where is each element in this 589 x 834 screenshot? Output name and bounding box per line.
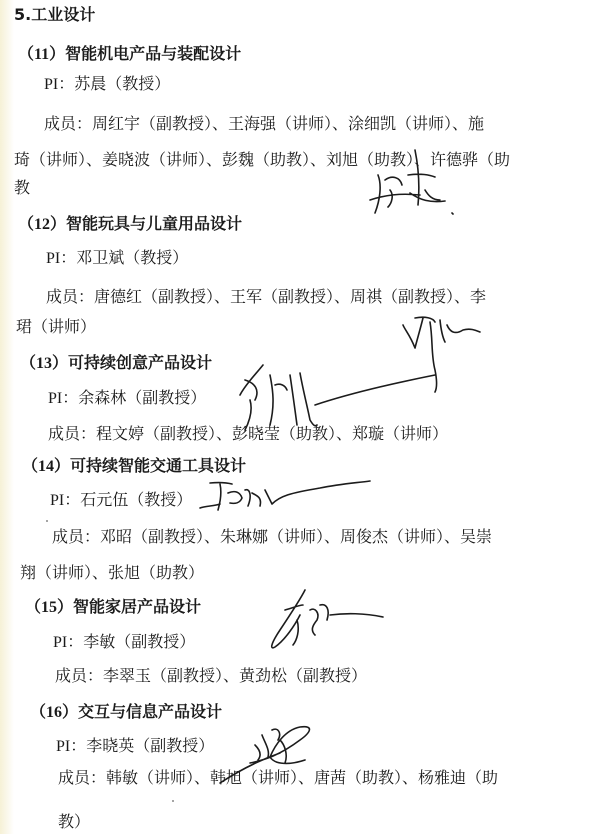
pi-name: 李晓英（副教授）: [86, 736, 214, 755]
members-label: 成员：: [48, 424, 96, 443]
signature-project-13: [215, 355, 455, 445]
project-15-members-line-1: 成员：李翠玉（副教授）、黄劲松（副教授）: [55, 666, 367, 686]
members-text: 珺（讲师）: [16, 317, 96, 336]
pi-label: PI：: [48, 390, 78, 407]
members-text: 教: [14, 178, 30, 197]
signature-project-16: [200, 715, 330, 790]
project-number: （13）: [20, 355, 68, 372]
members-label: 成员：: [46, 287, 94, 306]
pi-name: 石元伍（教授）: [80, 490, 192, 509]
project-16-members-line-2: 教）: [58, 812, 90, 832]
signature-project-14: [190, 478, 380, 518]
members-text: 翔（讲师）、张旭（助教）: [20, 563, 204, 582]
scan-speck: [46, 520, 48, 522]
members-label: 成员：: [58, 768, 106, 787]
scan-speck: [172, 800, 174, 802]
pi-label: PI：: [46, 250, 76, 267]
project-title-text: 智能机电产品与装配设计: [65, 44, 241, 63]
project-15-title: （15）智能家居产品设计: [25, 597, 201, 618]
project-11-members-line-3: 教: [14, 178, 30, 198]
project-number: （11）: [18, 46, 65, 63]
pi-label: PI：: [56, 738, 86, 755]
members-text: 李翠玉（副教授）、黄劲松（副教授）: [103, 666, 367, 685]
project-13-pi: PI：余森林（副教授）: [48, 388, 206, 409]
project-14-pi: PI：石元伍（教授）: [50, 490, 192, 511]
members-text: 教）: [58, 812, 90, 831]
project-number: （16）: [30, 704, 78, 721]
pi-label: PI：: [53, 634, 83, 651]
section-title: 5.工业设计: [14, 5, 95, 25]
project-11-members-line-1: 成员：周红宇（副教授）、王海强（讲师）、涂细凯（讲师）、施: [44, 114, 484, 134]
project-12-members-line-1: 成员：唐德红（副教授）、王军（副教授）、周祺（副教授）、李: [46, 287, 486, 307]
section-title-text: 5.工业设计: [14, 5, 95, 24]
pi-name: 苏晨（教授）: [74, 74, 170, 93]
project-title-text: 智能玩具与儿童用品设计: [66, 214, 242, 233]
pi-name: 邓卫斌（教授）: [76, 248, 188, 267]
members-text: 周红宇（副教授）、王海强（讲师）、涂细凯（讲师）、施: [92, 114, 484, 133]
pi-name: 李敏（副教授）: [83, 632, 195, 651]
signature-project-11: [330, 145, 460, 220]
members-label: 成员：: [44, 114, 92, 133]
project-11-pi: PI：苏晨（教授）: [44, 74, 170, 95]
project-16-pi: PI：李晓英（副教授）: [56, 736, 214, 757]
pi-label: PI：: [50, 492, 80, 509]
project-12-members-line-2: 珺（讲师）: [16, 317, 96, 337]
pi-label: PI：: [44, 76, 74, 93]
project-14-members-line-2: 翔（讲师）、张旭（助教）: [20, 563, 204, 583]
project-title-text: 智能家居产品设计: [73, 597, 201, 616]
members-text: 唐德红（副教授）、王军（副教授）、周祺（副教授）、李: [94, 287, 486, 306]
project-title-text: 可持续智能交通工具设计: [70, 456, 246, 475]
project-12-title: （12）智能玩具与儿童用品设计: [18, 214, 242, 235]
project-11-title: （11）智能机电产品与装配设计: [18, 44, 241, 65]
project-13-title: （13）可持续创意产品设计: [20, 353, 212, 374]
project-12-pi: PI：邓卫斌（教授）: [46, 248, 188, 269]
members-label: 成员：: [52, 527, 100, 546]
members-text: 邓昭（副教授）、朱琳娜（讲师）、周俊杰（讲师）、吴崇: [100, 527, 492, 546]
pi-name: 余森林（副教授）: [78, 388, 206, 407]
project-16-title: （16）交互与信息产品设计: [30, 702, 222, 723]
project-number: （12）: [18, 216, 66, 233]
project-title-text: 可持续创意产品设计: [68, 353, 212, 372]
project-14-title: （14）可持续智能交通工具设计: [22, 456, 246, 477]
signature-project-15: [255, 585, 390, 655]
project-number: （14）: [22, 458, 70, 475]
project-14-members-line-1: 成员：邓昭（副教授）、朱琳娜（讲师）、周俊杰（讲师）、吴崇: [52, 527, 492, 547]
page-edge-shadow: [0, 0, 14, 834]
project-15-pi: PI：李敏（副教授）: [53, 632, 195, 653]
members-label: 成员：: [55, 666, 103, 685]
project-number: （15）: [25, 599, 73, 616]
